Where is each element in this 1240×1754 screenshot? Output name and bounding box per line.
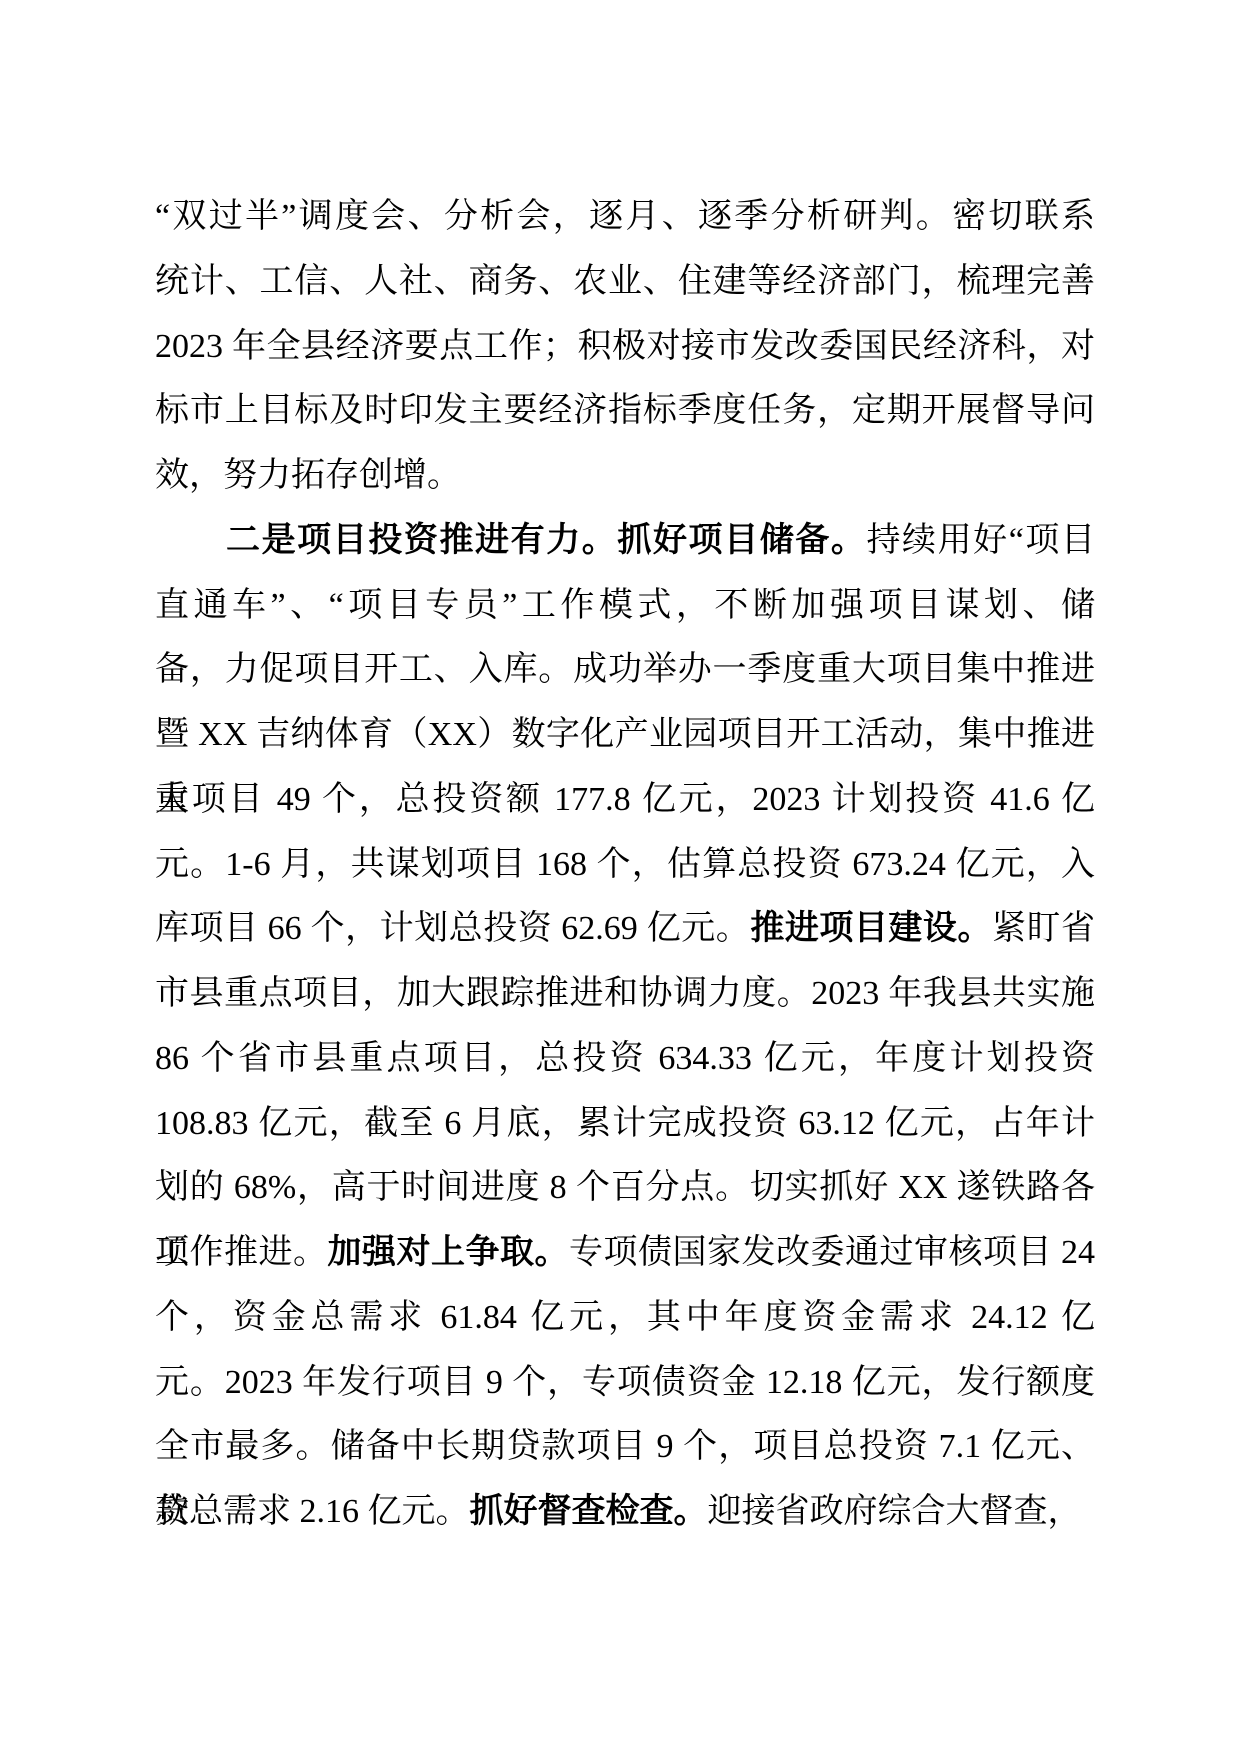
text-line: 108.83 亿元，截至 6 月底，累计完成投资 63.12 亿元，占年计: [155, 1092, 1095, 1157]
text-segment: 个，资金总需求 61.84 亿元，其中年度资金需求 24.12 亿: [155, 1299, 1095, 1336]
text-segment: 市县重点项目，加大跟踪推进和协调力度。2023 年我县共实施: [155, 975, 1095, 1012]
text-line: 86 个省市县重点项目，总投资 634.33 亿元，年度计划投资: [155, 1027, 1095, 1092]
text-segment: 备，力促项目开工、入库。成功举办一季度重大项目集中推进: [155, 651, 1095, 688]
paragraph-end-line: 效，努力拓存创增。: [155, 444, 1095, 509]
text-segment: 108.83 亿元，截至 6 月底，累计完成投资 63.12 亿元，占年计: [155, 1105, 1095, 1142]
text-segment: 元。2023 年发行项目 9 个，专项债资金 12.18 亿元，发行额度: [155, 1364, 1095, 1401]
text-line: 市县重点项目，加大跟踪推进和协调力度。2023 年我县共实施: [155, 962, 1095, 1027]
text-line: “双过半”调度会、分析会，逐月、逐季分析研判。密切联系: [155, 185, 1095, 250]
text-segment: 元。1-6 月，共谋划项目 168 个，估算总投资 673.24 亿元，入: [155, 846, 1095, 883]
text-segment: 直通车”、“项目专员”工作模式，不断加强项目谋划、储: [155, 587, 1095, 624]
text-segment: 库项目 66 个，计划总投资 62.69 亿元。: [155, 910, 750, 947]
text-segment: “双过半”调度会、分析会，逐月、逐季分析研判。密切联系: [155, 198, 1095, 235]
text-segment: 款总需求 2.16 亿元。: [155, 1493, 470, 1530]
text-line: 工作推进。加强对上争取。专项债国家发改委通过审核项目 24: [155, 1221, 1095, 1286]
text-line: 库项目 66 个，计划总投资 62.69 亿元。推进项目建设。紧盯省: [155, 897, 1095, 962]
page-last-line: 款总需求 2.16 亿元。抓好督查检查。迎接省政府综合大督查，: [155, 1480, 1095, 1545]
text-line: 大项目 49 个，总投资额 177.8 亿元，2023 计划投资 41.6 亿: [155, 768, 1095, 833]
document-page: “双过半”调度会、分析会，逐月、逐季分析研判。密切联系 统计、工信、人社、商务、…: [0, 0, 1240, 1754]
text-line: 个，资金总需求 61.84 亿元，其中年度资金需求 24.12 亿: [155, 1286, 1095, 1351]
text-segment: 效，努力拓存创增。: [155, 457, 461, 494]
text-line: 元。1-6 月，共谋划项目 168 个，估算总投资 673.24 亿元，入: [155, 833, 1095, 898]
text-line: 元。2023 年发行项目 9 个，专项债资金 12.18 亿元，发行额度: [155, 1351, 1095, 1416]
paragraph-start-line: 二是项目投资推进有力。抓好项目储备。持续用好“项目: [155, 509, 1095, 574]
text-line: 全市最多。储备中长期贷款项目 9 个，项目总投资 7.1 亿元、贷: [155, 1415, 1095, 1480]
bold-heading-run: 抓好督查检查。: [470, 1493, 708, 1530]
text-line: 标市上目标及时印发主要经济指标季度任务，定期开展督导问: [155, 379, 1095, 444]
bold-heading-run: 加强对上争取。: [328, 1234, 570, 1271]
text-line: 直通车”、“项目专员”工作模式，不断加强项目谋划、储: [155, 574, 1095, 639]
text-segment: 持续用好“项目: [866, 522, 1095, 559]
text-line: 2023 年全县经济要点工作；积极对接市发改委国民经济科，对: [155, 315, 1095, 380]
text-segment: 专项债国家发改委通过审核项目 24: [569, 1234, 1095, 1271]
text-segment: 2023 年全县经济要点工作；积极对接市发改委国民经济科，对: [155, 328, 1095, 365]
text-segment: 标市上目标及时印发主要经济指标季度任务，定期开展督导问: [155, 392, 1095, 429]
text-line: 划的 68%，高于时间进度 8 个百分点。切实抓好 XX 遂铁路各项: [155, 1156, 1095, 1221]
document-body: “双过半”调度会、分析会，逐月、逐季分析研判。密切联系 统计、工信、人社、商务、…: [155, 185, 1095, 1545]
text-line: 统计、工信、人社、商务、农业、住建等经济部门，梳理完善: [155, 250, 1095, 315]
bold-heading-run: 二是项目投资推进有力。抓好项目储备。: [226, 522, 866, 559]
bold-heading-run: 推进项目建设。: [750, 910, 992, 947]
text-segment: 工作推进。: [155, 1234, 328, 1271]
text-line: 暨 XX 吉纳体育（XX）数字化产业园项目开工活动，集中推进重: [155, 703, 1095, 768]
text-line: 备，力促项目开工、入库。成功举办一季度重大项目集中推进: [155, 638, 1095, 703]
text-segment: 86 个省市县重点项目，总投资 634.33 亿元，年度计划投资: [155, 1040, 1095, 1077]
text-segment: 大项目 49 个，总投资额 177.8 亿元，2023 计划投资 41.6 亿: [155, 781, 1095, 818]
text-segment: 迎接省政府综合大督查，: [708, 1493, 1082, 1530]
text-segment: 统计、工信、人社、商务、农业、住建等经济部门，梳理完善: [155, 263, 1095, 300]
text-segment: 紧盯省: [992, 910, 1095, 947]
